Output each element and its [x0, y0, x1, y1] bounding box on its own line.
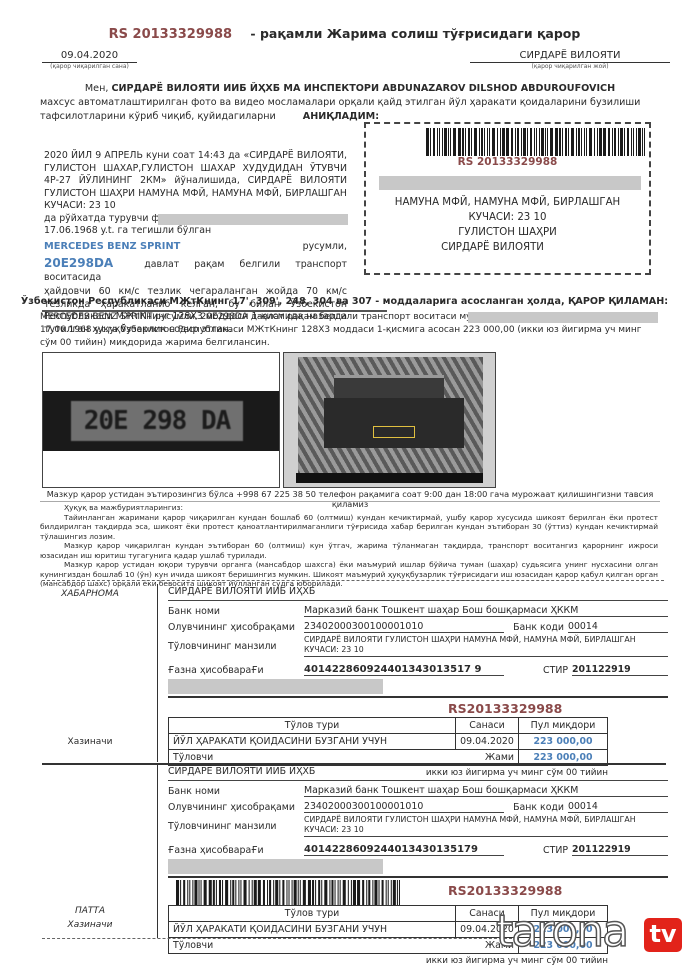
decision-text: MERCEDES BENZ SPRINT русумли, 20E298DA д… [40, 311, 660, 350]
treasury-account-label: Ғазна ҳисобвараҒи [168, 845, 304, 856]
treasury-account-label: Ғазна ҳисобвараҒи [168, 665, 304, 676]
redacted-owner-name [468, 312, 658, 323]
rights-paragraph: Мазкур қарор устидан юқори турувчи орган… [40, 560, 658, 589]
plate-photo-text: 20E 298 DA [71, 401, 243, 441]
bank-name-label: Банк номи [168, 606, 304, 617]
barcode-icon [176, 880, 401, 905]
decision-line-2: 17.06.1968 y.t.га Ўзбекистон Республикас… [40, 324, 660, 350]
decision-place: СИРДАРЁ ВИЛОЯТИ [470, 50, 670, 61]
payer-address-value: СИРДАРЁ ВИЛОЯТИ ГУЛИСТОН ШАҲРИ НАМУНА МФ… [304, 815, 668, 837]
decision-date-field: 09.04.2020 (қарор чиқарилган сана) [42, 50, 137, 70]
slip-2-side-label: ПАТТА [40, 906, 140, 916]
place-caption: (қарор чиқарилган жой) [470, 63, 670, 70]
date-caption: (қарор чиқарилган сана) [42, 63, 137, 70]
table-row: ЙЎЛ ҲАРАКАТИ ҚОИДАСИНИ БУЗГАНИ УЧУН 09.0… [169, 734, 608, 750]
document-title: RS 20133329988 - рақамли Жарима солиш тў… [0, 26, 689, 42]
address-line: СИРДАРЁ ВИЛОЯТИ [336, 240, 649, 255]
stir-label: СТИР [504, 665, 568, 676]
payer-address-label: Тўловчининг манзили [168, 821, 304, 832]
stir-label: СТИР [504, 845, 568, 856]
slip-org: СИРДАРЁ ВИЛОЯТИ ИИБ ЙҲХБ [168, 586, 668, 601]
payer-label: Тўловчи [169, 938, 456, 954]
slip-reference: RS20133329988 [448, 883, 562, 898]
redacted-payer-name [168, 859, 383, 874]
barcode-number: RS 20133329988 [366, 156, 649, 168]
slip-org: СИРДАРЁ ВИЛОЯТИ ИИБ ЙҲХБ [168, 766, 668, 781]
established-label: АНИҚЛАДИМ: [303, 111, 379, 122]
amount-in-words: икки юз йигирма уч минг сўм 00 тийин [168, 956, 608, 966]
plate-closeup-photo: 20E 298 DA [42, 352, 280, 488]
bank-code-label: Банк коди [504, 622, 564, 633]
decision-heading: Ўзбекистон Республикаси МЖтКнинг 17', 30… [0, 296, 689, 307]
bank-name-value: Марказий банк Тошкент шаҳар Бош бошқарма… [304, 785, 668, 797]
vehicle-plate: 20E298DA [44, 256, 113, 270]
cut-line [42, 580, 664, 581]
barcode-icon [426, 128, 646, 156]
decision-number: RS 20133329988 [109, 27, 232, 42]
bank-name-label: Банк номи [168, 786, 304, 797]
payment-type: ЙЎЛ ҲАРАКАТИ ҚОИДАСИНИ БУЗГАНИ УЧУН [169, 734, 456, 750]
vehicle-model: MERCEDES BENZ SPRINT [44, 241, 180, 254]
camera-caption-strip [296, 473, 483, 483]
recipient-account-label: Олувчининг ҳисобрақами [168, 802, 304, 813]
slip-divider [157, 764, 158, 938]
rights-block: Ҳуқуқ ва мажбуриятларингиз: Тайинланган … [40, 503, 658, 589]
recipient-account-label: Олувчининг ҳисобрақами [168, 622, 304, 633]
slip-2-cashier-label: Хазиначи [40, 920, 140, 930]
header-amount: Пул миқдори [519, 718, 608, 734]
payment-type: ЙЎЛ ҲАРАКАТИ ҚОИДАСИНИ БУЗГАНИ УЧУН [169, 922, 456, 938]
intro-line-2: махсус автоматлаштирилган фото ва видео … [40, 96, 660, 110]
bank-code-value: 00014 [568, 801, 668, 813]
rights-title: Ҳуқуқ ва мажбуриятларингиз: [64, 503, 658, 513]
bank-code-label: Банк коди [504, 802, 564, 813]
address-line: КУЧАСИ: 23 10 [366, 210, 649, 225]
payment-amount: 223 000,00 [519, 734, 608, 750]
redacted-citizen-name [158, 214, 348, 225]
rights-paragraph: Тайинланган жаримани қарор чиқарилган ку… [40, 513, 658, 542]
slip-1-cashier-label: Хазиначи [40, 737, 140, 747]
recipient-address: НАМУНА МФЙ, НАМУНА МФЙ, БИРЛАШГАН КУЧАСИ… [366, 195, 649, 255]
slip-reference: RS20133329988 [448, 701, 668, 716]
decision-place-field: СИРДАРЁ ВИЛОЯТИ (қарор чиқарилган жой) [470, 50, 670, 70]
intro-line-3: тафсилотларини кўриб чиқиб, қуйидагиларн… [40, 111, 276, 122]
payment-date: 09.04.2020 [456, 734, 519, 750]
slip-divider [157, 584, 158, 762]
header-payment-type: Тўлов тури [169, 906, 456, 922]
stir-value: 201122919 [572, 844, 668, 856]
bank-code-value: 00014 [568, 621, 668, 633]
recipient-account-value: 23402000300100001010 [304, 801, 504, 813]
plate-detection-box [373, 426, 415, 438]
watermark-badge: tv [644, 918, 682, 952]
cut-line [42, 938, 512, 939]
violation-paragraph: 2020 ЙИЛ 9 АПРЕЛЬ куни соат 14:43 да «СИ… [44, 150, 347, 336]
slip-1-details: СИРДАРЁ ВИЛОЯТИ ИИБ ЙҲХБ Банк номи Марка… [168, 586, 668, 778]
decision-date: 09.04.2020 [42, 50, 137, 61]
header-date: Санаси [456, 718, 519, 734]
address-line: ГУЛИСТОН ШАҲРИ [366, 225, 649, 240]
date-of-birth-line: 17.06.1968 y.t. га тегишли бўлган [44, 225, 347, 238]
bank-name-value: Марказий банк Тошкент шаҳар Бош бошқарма… [304, 605, 668, 617]
address-line: НАМУНА МФЙ, НАМУНА МФЙ, БИРЛАШГАН [366, 195, 649, 210]
watermark-text: tarona [496, 906, 627, 957]
recipient-account-value: 23402000300100001010 [304, 621, 504, 633]
slip-separator [42, 763, 666, 765]
vehicle-rear [324, 398, 464, 448]
payer-address-value: СИРДАРЁ ВИЛОЯТИ ГУЛИСТОН ШАҲРИ НАМУНА МФ… [304, 635, 668, 657]
decision-title: - рақамли Жарима солиш тўғрисидаги қарор [250, 26, 580, 41]
redacted-payer-name [168, 679, 383, 694]
stir-value: 201122919 [572, 664, 668, 676]
treasury-account-value: 4014228609244013430135179 [304, 844, 504, 856]
slip-rule [168, 696, 668, 698]
intro-block: Мен, СИРДАРЁ ВИЛОЯТИ ИИБ ЙҲХБ МА ИНСПЕКТ… [40, 82, 660, 124]
rights-paragraph: Мазкур қарор чиқарилган кундан эътиборан… [40, 541, 658, 560]
contact-rule [40, 501, 660, 502]
payment-table: Тўлов тури Санаси Пул миқдори ЙЎЛ ҲАРАКА… [168, 717, 608, 766]
treasury-account-value: 401422860924401343013517 9 [304, 664, 504, 676]
decision-line-1: MERCEDES BENZ SPRINT русумли, 20E298DA д… [40, 312, 506, 322]
header-payment-type: Тўлов тури [169, 718, 456, 734]
intro-prefix: Мен, [85, 83, 112, 94]
payer-address-label: Тўловчининг манзили [168, 641, 304, 652]
vehicle-camera-photo [283, 352, 496, 488]
violation-text-1: 2020 ЙИЛ 9 АПРЕЛЬ куни соат 14:43 да «СИ… [44, 150, 347, 213]
redacted-recipient-name [379, 176, 641, 190]
addressee-box: RS 20133329988 НАМУНА МФЙ, НАМУНА МФЙ, Б… [364, 122, 651, 275]
slip-1-side-label: ХАБАРНОМА [40, 589, 140, 599]
inspector-name: СИРДАРЁ ВИЛОЯТИ ИИБ ЙҲХБ МА ИНСПЕКТОРИ A… [111, 83, 615, 94]
